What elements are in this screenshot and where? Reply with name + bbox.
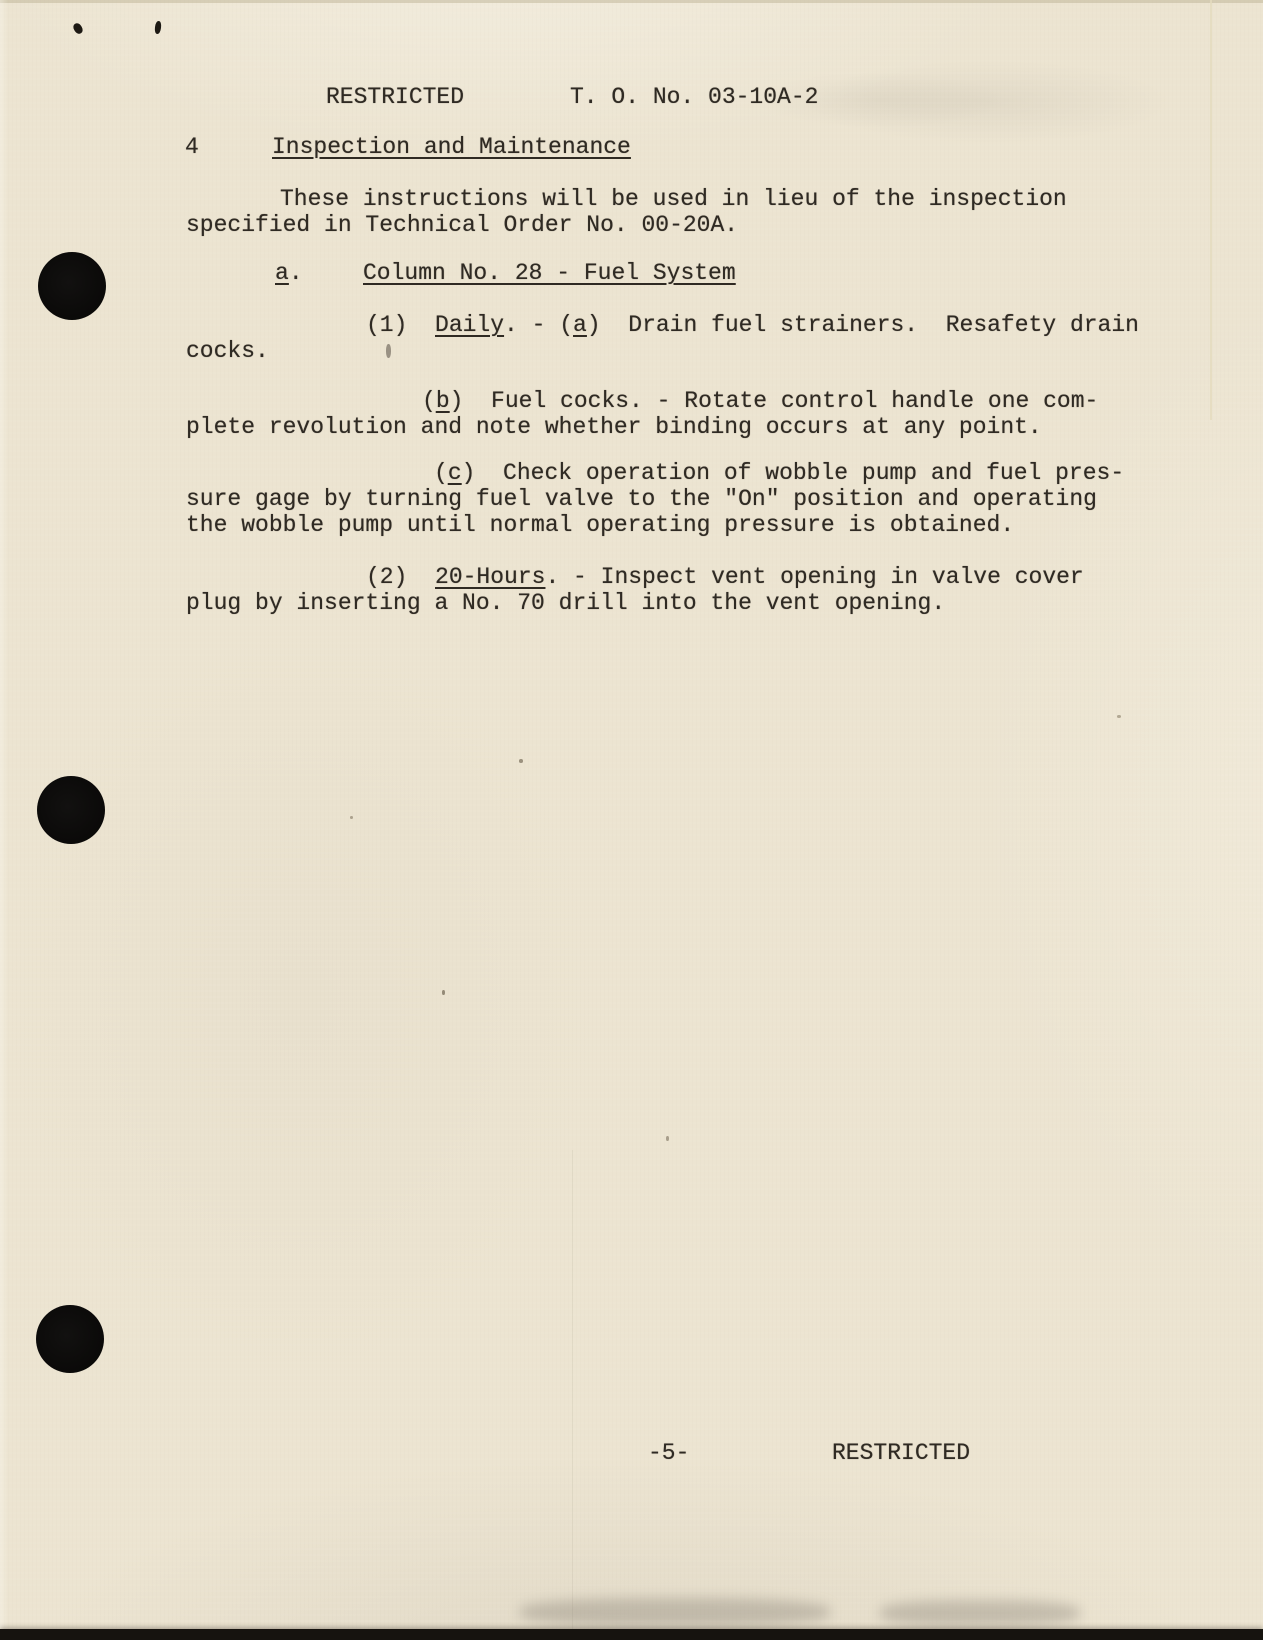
subsection-a-letter: a [275, 260, 289, 286]
item-c-line-1: (c) Check operation of wobble pump and f… [434, 460, 1124, 486]
header-classification: RESTRICTED [326, 84, 464, 110]
item-1-line-1: (1) Daily. - (a) Drain fuel strainers. R… [366, 312, 1139, 338]
subsection-a-label: a. [275, 260, 303, 286]
subsection-a-title: Column No. 28 - Fuel System [363, 260, 736, 286]
header-order-number: T. O. No. 03-10A-2 [570, 84, 818, 110]
hole-punch-bottom [36, 1305, 104, 1373]
item-b-line-1: (b) Fuel cocks. - Rotate control handle … [422, 388, 1098, 414]
scan-smudge [880, 1600, 1080, 1626]
item-2-line-2: plug by inserting a No. 70 drill into th… [186, 590, 945, 616]
scan-smudge [520, 1598, 830, 1626]
ink-speck [386, 344, 391, 358]
paper-speck [1117, 715, 1121, 718]
item-c-line-2: sure gage by turning fuel valve to the "… [186, 486, 1097, 512]
paper-crease [572, 1150, 573, 1640]
paper-texture [0, 0, 1263, 1640]
scan-left-edge [0, 0, 8, 1640]
intro-line-2: specified in Technical Order No. 00-20A. [186, 212, 738, 238]
paper-speck [442, 990, 445, 995]
scanned-document-page: RESTRICTED T. O. No. 03-10A-2 4 Inspecti… [0, 0, 1263, 1640]
paper-speck [519, 759, 523, 763]
hole-punch-top [38, 252, 106, 320]
section-number: 4 [185, 134, 199, 160]
subsection-a-period: . [289, 260, 303, 286]
item-1-line-2: cocks. [186, 338, 269, 364]
section-title: Inspection and Maintenance [272, 134, 631, 160]
hole-punch-middle [37, 776, 105, 844]
item-b-line-2: plete revolution and note whether bindin… [186, 414, 1042, 440]
scan-bottom-edge [0, 1629, 1263, 1640]
paper-speck [350, 816, 353, 819]
footer-classification: RESTRICTED [832, 1440, 970, 1466]
intro-line-1: These instructions will be used in lieu … [280, 186, 1067, 212]
paper-speck [666, 1136, 669, 1141]
item-c-line-3: the wobble pump until normal operating p… [186, 512, 1014, 538]
item-2-line-1: (2) 20-Hours. - Inspect vent opening in … [366, 564, 1084, 590]
scan-top-edge [0, 0, 1263, 3]
footer-page-number: -5- [648, 1440, 689, 1466]
paper-crease [1210, 0, 1212, 420]
